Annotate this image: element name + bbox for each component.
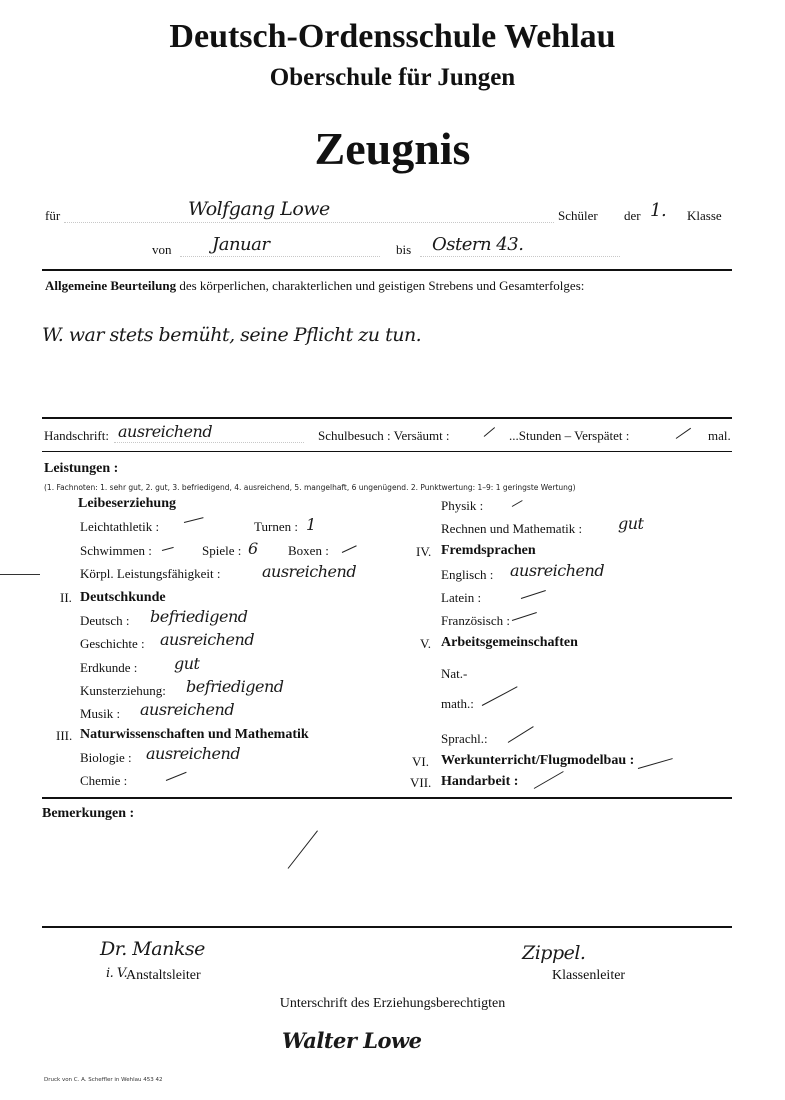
assessment-label-bold: Allgemeine Beurteilung xyxy=(45,278,176,293)
handschrift-label: Handschrift: xyxy=(44,428,109,444)
klasse-value: 1. xyxy=(650,200,666,221)
rechnen-value: gut xyxy=(618,514,643,533)
geschichte-value: ausreichend xyxy=(160,630,254,649)
nat-label: Nat.- xyxy=(441,666,467,682)
section-fremdsprachen: Fremdsprachen xyxy=(441,543,536,559)
numeral-v: V. xyxy=(420,636,431,652)
divider xyxy=(42,269,732,271)
kunsterziehung-label: Kunsterziehung: xyxy=(80,683,166,699)
school-name: Deutsch-Ordensschule Wehlau xyxy=(0,18,785,56)
anstaltsleiter-signature: Dr. Mankse xyxy=(100,938,205,960)
fuer-label: für xyxy=(45,208,60,224)
remarks-label: Bemerkungen : xyxy=(42,806,134,822)
von-value: Januar xyxy=(212,234,269,255)
rechnen-label: Rechnen und Mathematik : xyxy=(441,521,582,537)
schwimmen-dash xyxy=(162,547,174,551)
section-handarbeit: Handarbeit : xyxy=(441,774,518,790)
stunden-label: ...Stunden – Verspätet : xyxy=(509,428,629,444)
boxen-label: Boxen : xyxy=(288,543,329,559)
spiele-label: Spiele : xyxy=(202,543,241,559)
spiele-value: 6 xyxy=(248,539,258,558)
klassenleiter-signature: Zippel. xyxy=(522,942,585,964)
deutsch-value: befriedigend xyxy=(150,607,247,626)
englisch-label: Englisch : xyxy=(441,567,493,583)
von-label: von xyxy=(152,242,172,258)
numeral-vi: VI. xyxy=(412,754,429,770)
der-label: der xyxy=(624,208,641,224)
koerpl-label: Körpl. Leistungsfähigkeit : xyxy=(80,566,220,582)
anstaltsleiter-prefix: i. V. xyxy=(106,966,127,981)
sprachl-dash xyxy=(508,726,534,743)
geschichte-label: Geschichte : xyxy=(80,636,145,652)
erdkunde-value: gut xyxy=(174,654,199,673)
biologie-label: Biologie : xyxy=(80,750,132,766)
section-deutschkunde: Deutschkunde xyxy=(80,590,166,606)
klassenleiter-label: Klassenleiter xyxy=(552,968,625,984)
sprachl-label: Sprachl.: xyxy=(441,731,488,747)
von-dotted-line xyxy=(180,256,380,257)
leichtathletik-label: Leichtathletik : xyxy=(80,519,159,535)
latein-label: Latein : xyxy=(441,590,481,606)
section-naturwissenschaften: Naturwissenschaften und Mathematik xyxy=(80,727,309,743)
mal-label: mal. xyxy=(708,428,731,444)
anstaltsleiter-label: Anstaltsleiter xyxy=(126,968,201,984)
klasse-label: Klasse xyxy=(687,208,722,224)
turnen-label: Turnen : xyxy=(254,519,298,535)
guardian-label: Unterschrift des Erziehungsberechtigten xyxy=(0,996,785,1012)
numeral-vii: VII. xyxy=(410,775,431,791)
versaeumt-dash xyxy=(484,427,495,437)
musik-value: ausreichend xyxy=(140,700,234,719)
numeral-ii: II. xyxy=(60,590,72,606)
divider xyxy=(42,417,732,419)
leichtathletik-dash xyxy=(184,517,204,523)
grading-legend: (1. Fachnoten: 1. sehr gut, 2. gut, 3. b… xyxy=(44,483,576,492)
koerpl-value: ausreichend xyxy=(262,562,356,581)
math-dash xyxy=(482,686,518,706)
musik-label: Musik : xyxy=(80,706,120,722)
guardian-signature: Walter Lowe xyxy=(282,1028,422,1053)
handschrift-value: ausreichend xyxy=(118,422,212,441)
divider xyxy=(42,451,732,452)
section-werkunterricht: Werkunterricht/Flugmodelbau : xyxy=(441,753,634,769)
divider xyxy=(42,926,732,928)
schwimmen-label: Schwimmen : xyxy=(80,543,152,559)
physik-label: Physik : xyxy=(441,498,483,514)
werkunterricht-dash xyxy=(638,758,673,769)
assessment-label-rest: des körperlichen, charakterlichen und ge… xyxy=(179,278,584,293)
bis-dotted-line xyxy=(420,256,620,257)
assessment-text: W. war stets bemüht, seine Pflicht zu tu… xyxy=(42,324,421,346)
numeral-iv: IV. xyxy=(416,544,431,560)
remarks-dash xyxy=(288,830,318,868)
kunsterziehung-value: befriedigend xyxy=(186,677,283,696)
leistungen-label: Leistungen : xyxy=(44,461,118,477)
englisch-value: ausreichend xyxy=(510,561,604,580)
school-subtitle: Oberschule für Jungen xyxy=(0,64,785,92)
verspaetet-dash xyxy=(676,428,691,439)
schulbesuch-label: Schulbesuch : Versäumt : xyxy=(318,428,450,444)
handarbeit-dash xyxy=(534,771,564,789)
erdkunde-label: Erdkunde : xyxy=(80,660,137,676)
section-leibeserziehung: Leibeserziehung xyxy=(78,496,176,512)
printer-imprint: Druck von C. A. Scheffler in Wehlau 453 … xyxy=(44,1077,163,1083)
franzoesisch-dash xyxy=(512,612,537,621)
assessment-label: Allgemeine Beurteilung des körperlichen,… xyxy=(45,278,584,294)
student-name: Wolfgang Lowe xyxy=(188,198,330,220)
document-title: Zeugnis xyxy=(0,122,785,175)
numeral-iii: III. xyxy=(56,728,72,744)
margin-mark xyxy=(0,574,40,575)
section-arbeitsgemeinschaften: Arbeitsgemeinschaften xyxy=(441,635,578,651)
divider xyxy=(42,797,732,799)
bis-label: bis xyxy=(396,242,411,258)
bis-value: Ostern 43. xyxy=(432,234,523,255)
deutsch-label: Deutsch : xyxy=(80,613,129,629)
name-dotted-line xyxy=(64,222,554,223)
franzoesisch-label: Französisch : xyxy=(441,613,510,629)
math-label: math.: xyxy=(441,696,474,712)
physik-dash xyxy=(512,500,523,507)
boxen-dash xyxy=(342,545,357,553)
chemie-dash xyxy=(166,772,187,781)
latein-dash xyxy=(521,590,546,599)
schueler-label: Schüler xyxy=(558,208,598,224)
chemie-label: Chemie : xyxy=(80,773,127,789)
biologie-value: ausreichend xyxy=(146,744,240,763)
handschrift-dotted-line xyxy=(114,442,304,443)
turnen-value: 1 xyxy=(306,515,316,534)
